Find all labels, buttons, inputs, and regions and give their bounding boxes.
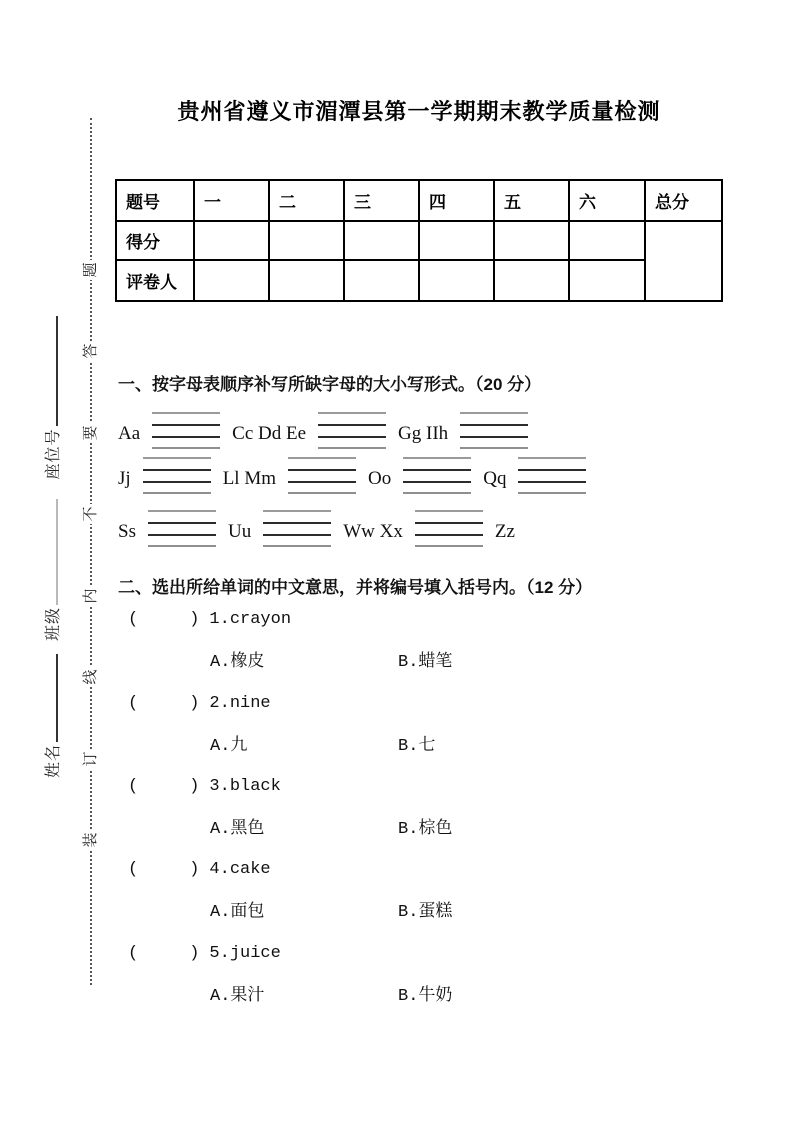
letters: Jj — [118, 468, 131, 490]
letter-row-2: Jj Ll Mm Oo Qq — [118, 461, 598, 497]
answer-parentheses[interactable]: ( ) — [128, 694, 199, 713]
grader-cell[interactable] — [569, 260, 645, 301]
table-header-total: 总分 — [645, 180, 722, 221]
binding-char: 订 — [81, 749, 101, 769]
question-word: 2.nine — [209, 694, 270, 713]
section1-heading: 一、按字母表顺序补写所缺字母的大小写形式。（20 分） — [118, 370, 738, 395]
letters: Aa — [118, 423, 140, 445]
question-word: 3.black — [209, 777, 280, 796]
letter-answer-blank[interactable] — [143, 457, 211, 494]
letters: Gg IIh — [398, 423, 448, 445]
letters: Ww Xx — [343, 521, 403, 543]
answer-parentheses[interactable]: ( ) — [128, 777, 199, 796]
binding-dotted-line — [90, 118, 92, 985]
table-header-col: 一 — [194, 180, 269, 221]
table-header-question-no: 题号 — [116, 180, 194, 221]
table-header-col: 四 — [419, 180, 494, 221]
row-label-score: 得分 — [116, 221, 194, 260]
total-score-cell[interactable] — [645, 221, 722, 301]
table-header-col: 二 — [269, 180, 344, 221]
table-header-col: 三 — [344, 180, 419, 221]
grader-cell[interactable] — [419, 260, 494, 301]
letter-row-1: Aa Cc Dd Ee Gg IIh — [118, 416, 540, 452]
grader-cell[interactable] — [344, 260, 419, 301]
letter-answer-blank[interactable] — [263, 510, 331, 547]
seat-number-label: 座位号 — [45, 429, 62, 480]
class-field: 班级 — [43, 490, 65, 650]
score-table: 题号 一 二 三 四 五 六 总分 得分 评卷人 — [115, 179, 723, 302]
option-a[interactable]: A.果汁 — [210, 980, 398, 1006]
binding-char: 答 — [81, 341, 101, 361]
option-a[interactable]: A.橡皮 — [210, 646, 398, 672]
option-a[interactable]: A.黑色 — [210, 813, 398, 839]
letter-answer-blank[interactable] — [148, 510, 216, 547]
option-b[interactable]: B.棕色 — [398, 820, 452, 839]
option-a[interactable]: A.面包 — [210, 896, 398, 922]
table-header-col: 六 — [569, 180, 645, 221]
question-word: 1.crayon — [209, 610, 291, 629]
option-b[interactable]: B.蛋糕 — [398, 903, 452, 922]
option-b[interactable]: B.七 — [398, 737, 435, 756]
question-item-1: ( )1.crayon A.橡皮B.蜡笔 — [128, 610, 688, 672]
letter-answer-blank[interactable] — [403, 457, 471, 494]
score-cell[interactable] — [419, 221, 494, 260]
row-label-grader: 评卷人 — [116, 260, 194, 301]
letter-answer-blank[interactable] — [288, 457, 356, 494]
binding-char: 内 — [81, 586, 101, 606]
letters: Oo — [368, 468, 391, 490]
binding-char: 题 — [81, 260, 101, 280]
score-cell[interactable] — [569, 221, 645, 260]
grader-cell[interactable] — [269, 260, 344, 301]
binding-char: 不 — [81, 504, 101, 524]
binding-char: 装 — [81, 830, 101, 850]
question-word: 5.juice — [209, 944, 280, 963]
answer-parentheses[interactable]: ( ) — [128, 610, 199, 629]
answer-parentheses[interactable]: ( ) — [128, 860, 199, 879]
section2-heading: 二、选出所给单词的中文意思，并将编号填入括号内。（12 分） — [118, 573, 738, 598]
question-item-3: ( )3.black A.黑色B.棕色 — [128, 777, 688, 839]
letter-answer-blank[interactable] — [518, 457, 586, 494]
score-cell[interactable] — [494, 221, 569, 260]
seat-number-blank[interactable] — [52, 317, 58, 427]
letter-answer-blank[interactable] — [460, 412, 528, 449]
table-header-col: 五 — [494, 180, 569, 221]
option-b[interactable]: B.蜡笔 — [398, 653, 452, 672]
letters: Qq — [483, 468, 506, 490]
score-cell[interactable] — [194, 221, 269, 260]
question-item-5: ( )5.juice A.果汁B.牛奶 — [128, 944, 688, 1006]
question-word: 4.cake — [209, 860, 270, 879]
grader-cell[interactable] — [494, 260, 569, 301]
letter-row-3: Ss Uu Ww Xx Zz — [118, 514, 515, 550]
grader-cell[interactable] — [194, 260, 269, 301]
name-blank[interactable] — [52, 654, 58, 742]
score-cell[interactable] — [344, 221, 419, 260]
class-label: 班级 — [45, 607, 62, 641]
name-field: 姓名 — [43, 646, 65, 786]
letters: Zz — [495, 521, 515, 543]
binding-char: 要 — [81, 423, 101, 443]
option-b[interactable]: B.牛奶 — [398, 987, 452, 1006]
score-cell[interactable] — [269, 221, 344, 260]
name-label: 姓名 — [45, 744, 62, 778]
letter-answer-blank[interactable] — [318, 412, 386, 449]
question-item-4: ( )4.cake A.面包B.蛋糕 — [128, 860, 688, 922]
binding-char: 线 — [81, 667, 101, 687]
letters: Ss — [118, 521, 136, 543]
class-blank[interactable] — [52, 499, 58, 605]
page-title: 贵州省遵义市湄潭县第一学期期末教学质量检测 — [115, 95, 723, 126]
letter-answer-blank[interactable] — [152, 412, 220, 449]
question-item-2: ( )2.nine A.九B.七 — [128, 694, 688, 756]
answer-parentheses[interactable]: ( ) — [128, 944, 199, 963]
letters: Ll Mm — [223, 468, 276, 490]
seat-number-field: 座位号 — [43, 308, 65, 488]
letter-answer-blank[interactable] — [415, 510, 483, 547]
letters: Uu — [228, 521, 251, 543]
option-a[interactable]: A.九 — [210, 730, 398, 756]
letters: Cc Dd Ee — [232, 423, 306, 445]
